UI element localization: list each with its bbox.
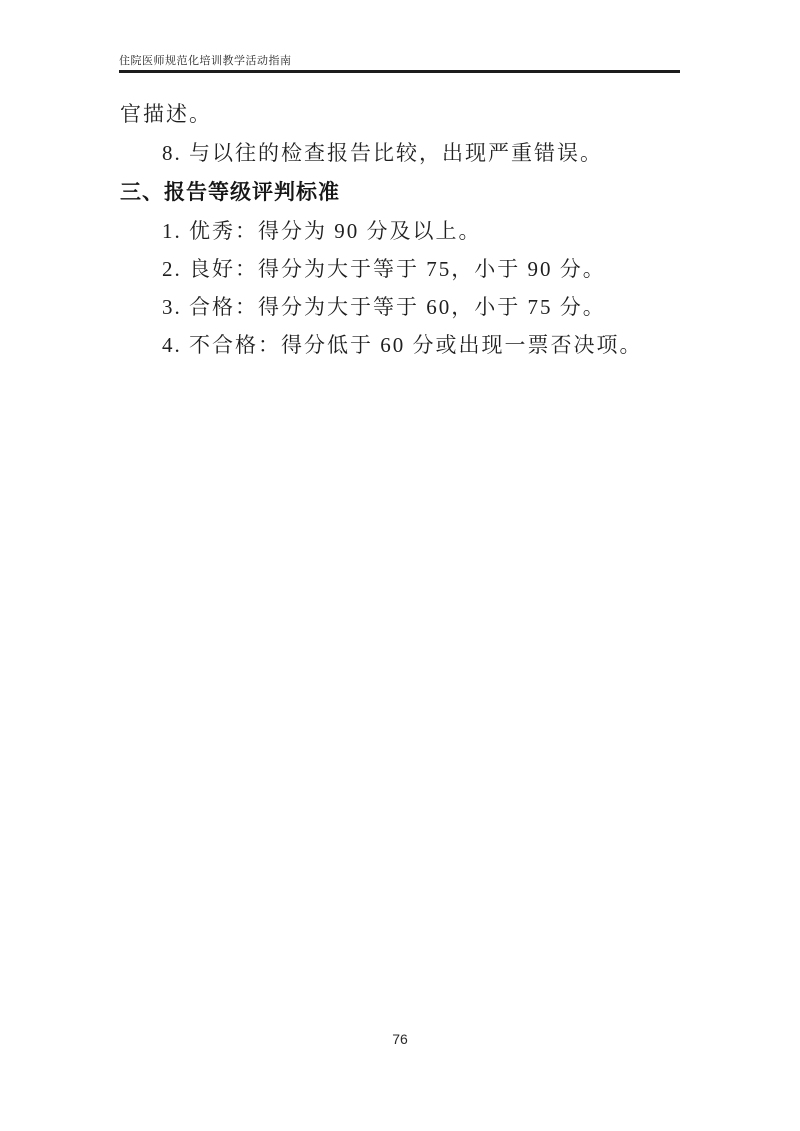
document-page: 住院医师规范化培训教学活动指南 官描述。 8. 与以往的检查报告比较，出现严重错… [0,0,800,1131]
grade-list-item-1: 1. 优秀：得分为 90 分及以上。 [120,212,682,250]
grade-list-item-3: 3. 合格：得分为大于等于 60，小于 75 分。 [120,288,682,326]
header-rule [119,70,680,73]
grade-list-item-2: 2. 良好：得分为大于等于 75，小于 90 分。 [120,250,682,288]
section-heading: 三、报告等级评判标准 [120,173,682,212]
running-header: 住院医师规范化培训教学活动指南 [119,54,680,73]
page-content: 官描述。 8. 与以往的检查报告比较，出现严重错误。 三、报告等级评判标准 1.… [120,95,682,364]
page-number: 76 [0,1031,800,1047]
running-header-title: 住院医师规范化培训教学活动指南 [119,54,680,68]
paragraph-continuation: 官描述。 [120,95,682,134]
list-item-8: 8. 与以往的检查报告比较，出现严重错误。 [120,134,682,173]
grade-list-item-4: 4. 不合格：得分低于 60 分或出现一票否决项。 [120,326,682,364]
